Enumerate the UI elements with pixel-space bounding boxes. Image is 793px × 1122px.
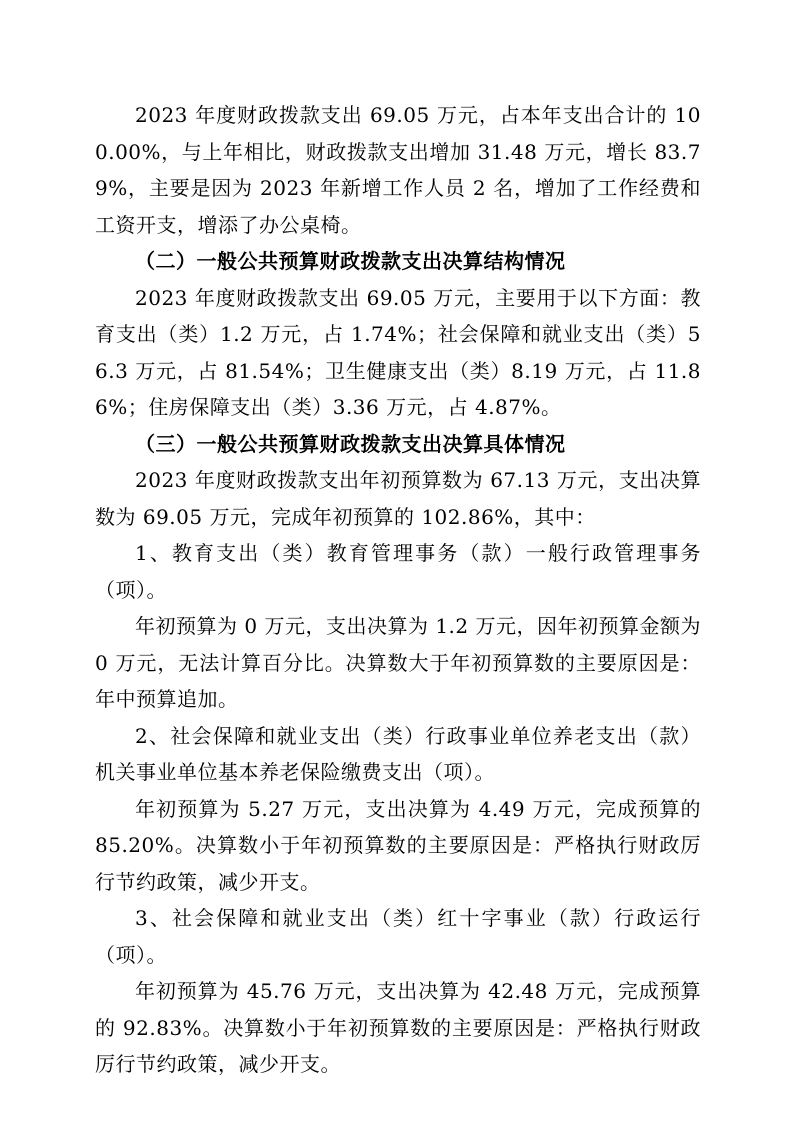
paragraph: 2、社会保障和就业支出（类）行政事业单位养老支出（款）机关事业单位基本养老保险缴…: [95, 718, 701, 791]
paragraph: 3、社会保障和就业支出（类）红十字事业（款）行政运行（项）。: [95, 900, 701, 973]
section-heading: （三）一般公共预算财政拨款支出决算具体情况: [95, 426, 701, 463]
paragraph: 年初预算为 45.76 万元，支出决算为 42.48 万元，完成预算的 92.8…: [95, 973, 701, 1083]
paragraph: 年初预算为 5.27 万元，支出决算为 4.49 万元，完成预算的 85.20%…: [95, 791, 701, 901]
document-body: 2023 年度财政拨款支出 69.05 万元，占本年支出合计的 100.00%，…: [0, 0, 793, 1083]
paragraph: 2023 年度财政拨款支出 69.05 万元，占本年支出合计的 100.00%，…: [95, 97, 701, 243]
document-page: 2023 年度财政拨款支出 69.05 万元，占本年支出合计的 100.00%，…: [0, 0, 793, 1122]
paragraph: 2023 年度财政拨款支出 69.05 万元，主要用于以下方面：教育支出（类）1…: [95, 280, 701, 426]
paragraph: 1、教育支出（类）教育管理事务（款）一般行政管理事务（项）。: [95, 535, 701, 608]
section-heading: （二）一般公共预算财政拨款支出决算结构情况: [95, 243, 701, 280]
paragraph: 年初预算为 0 万元，支出决算为 1.2 万元，因年初预算金额为 0 万元，无法…: [95, 608, 701, 718]
paragraph: 2023 年度财政拨款支出年初预算数为 67.13 万元，支出决算数为 69.0…: [95, 462, 701, 535]
